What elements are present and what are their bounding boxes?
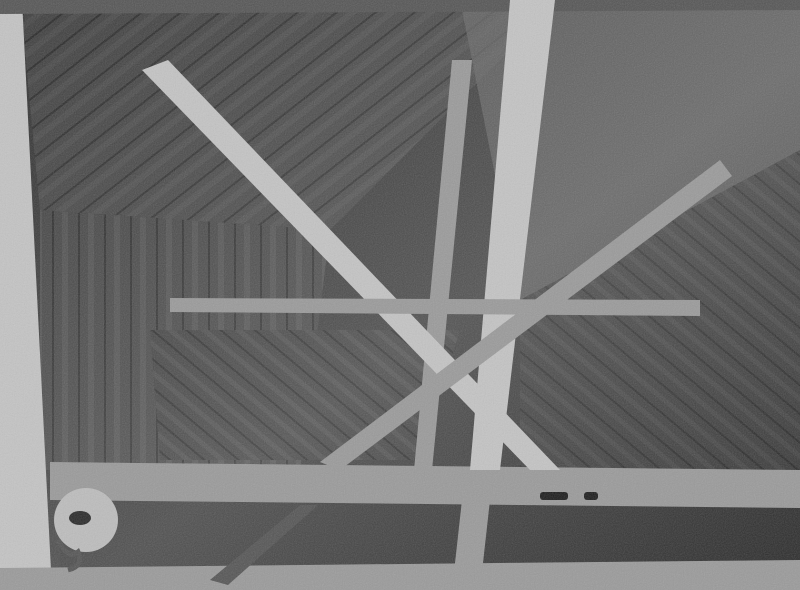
roof-truss-photo bbox=[0, 0, 800, 590]
